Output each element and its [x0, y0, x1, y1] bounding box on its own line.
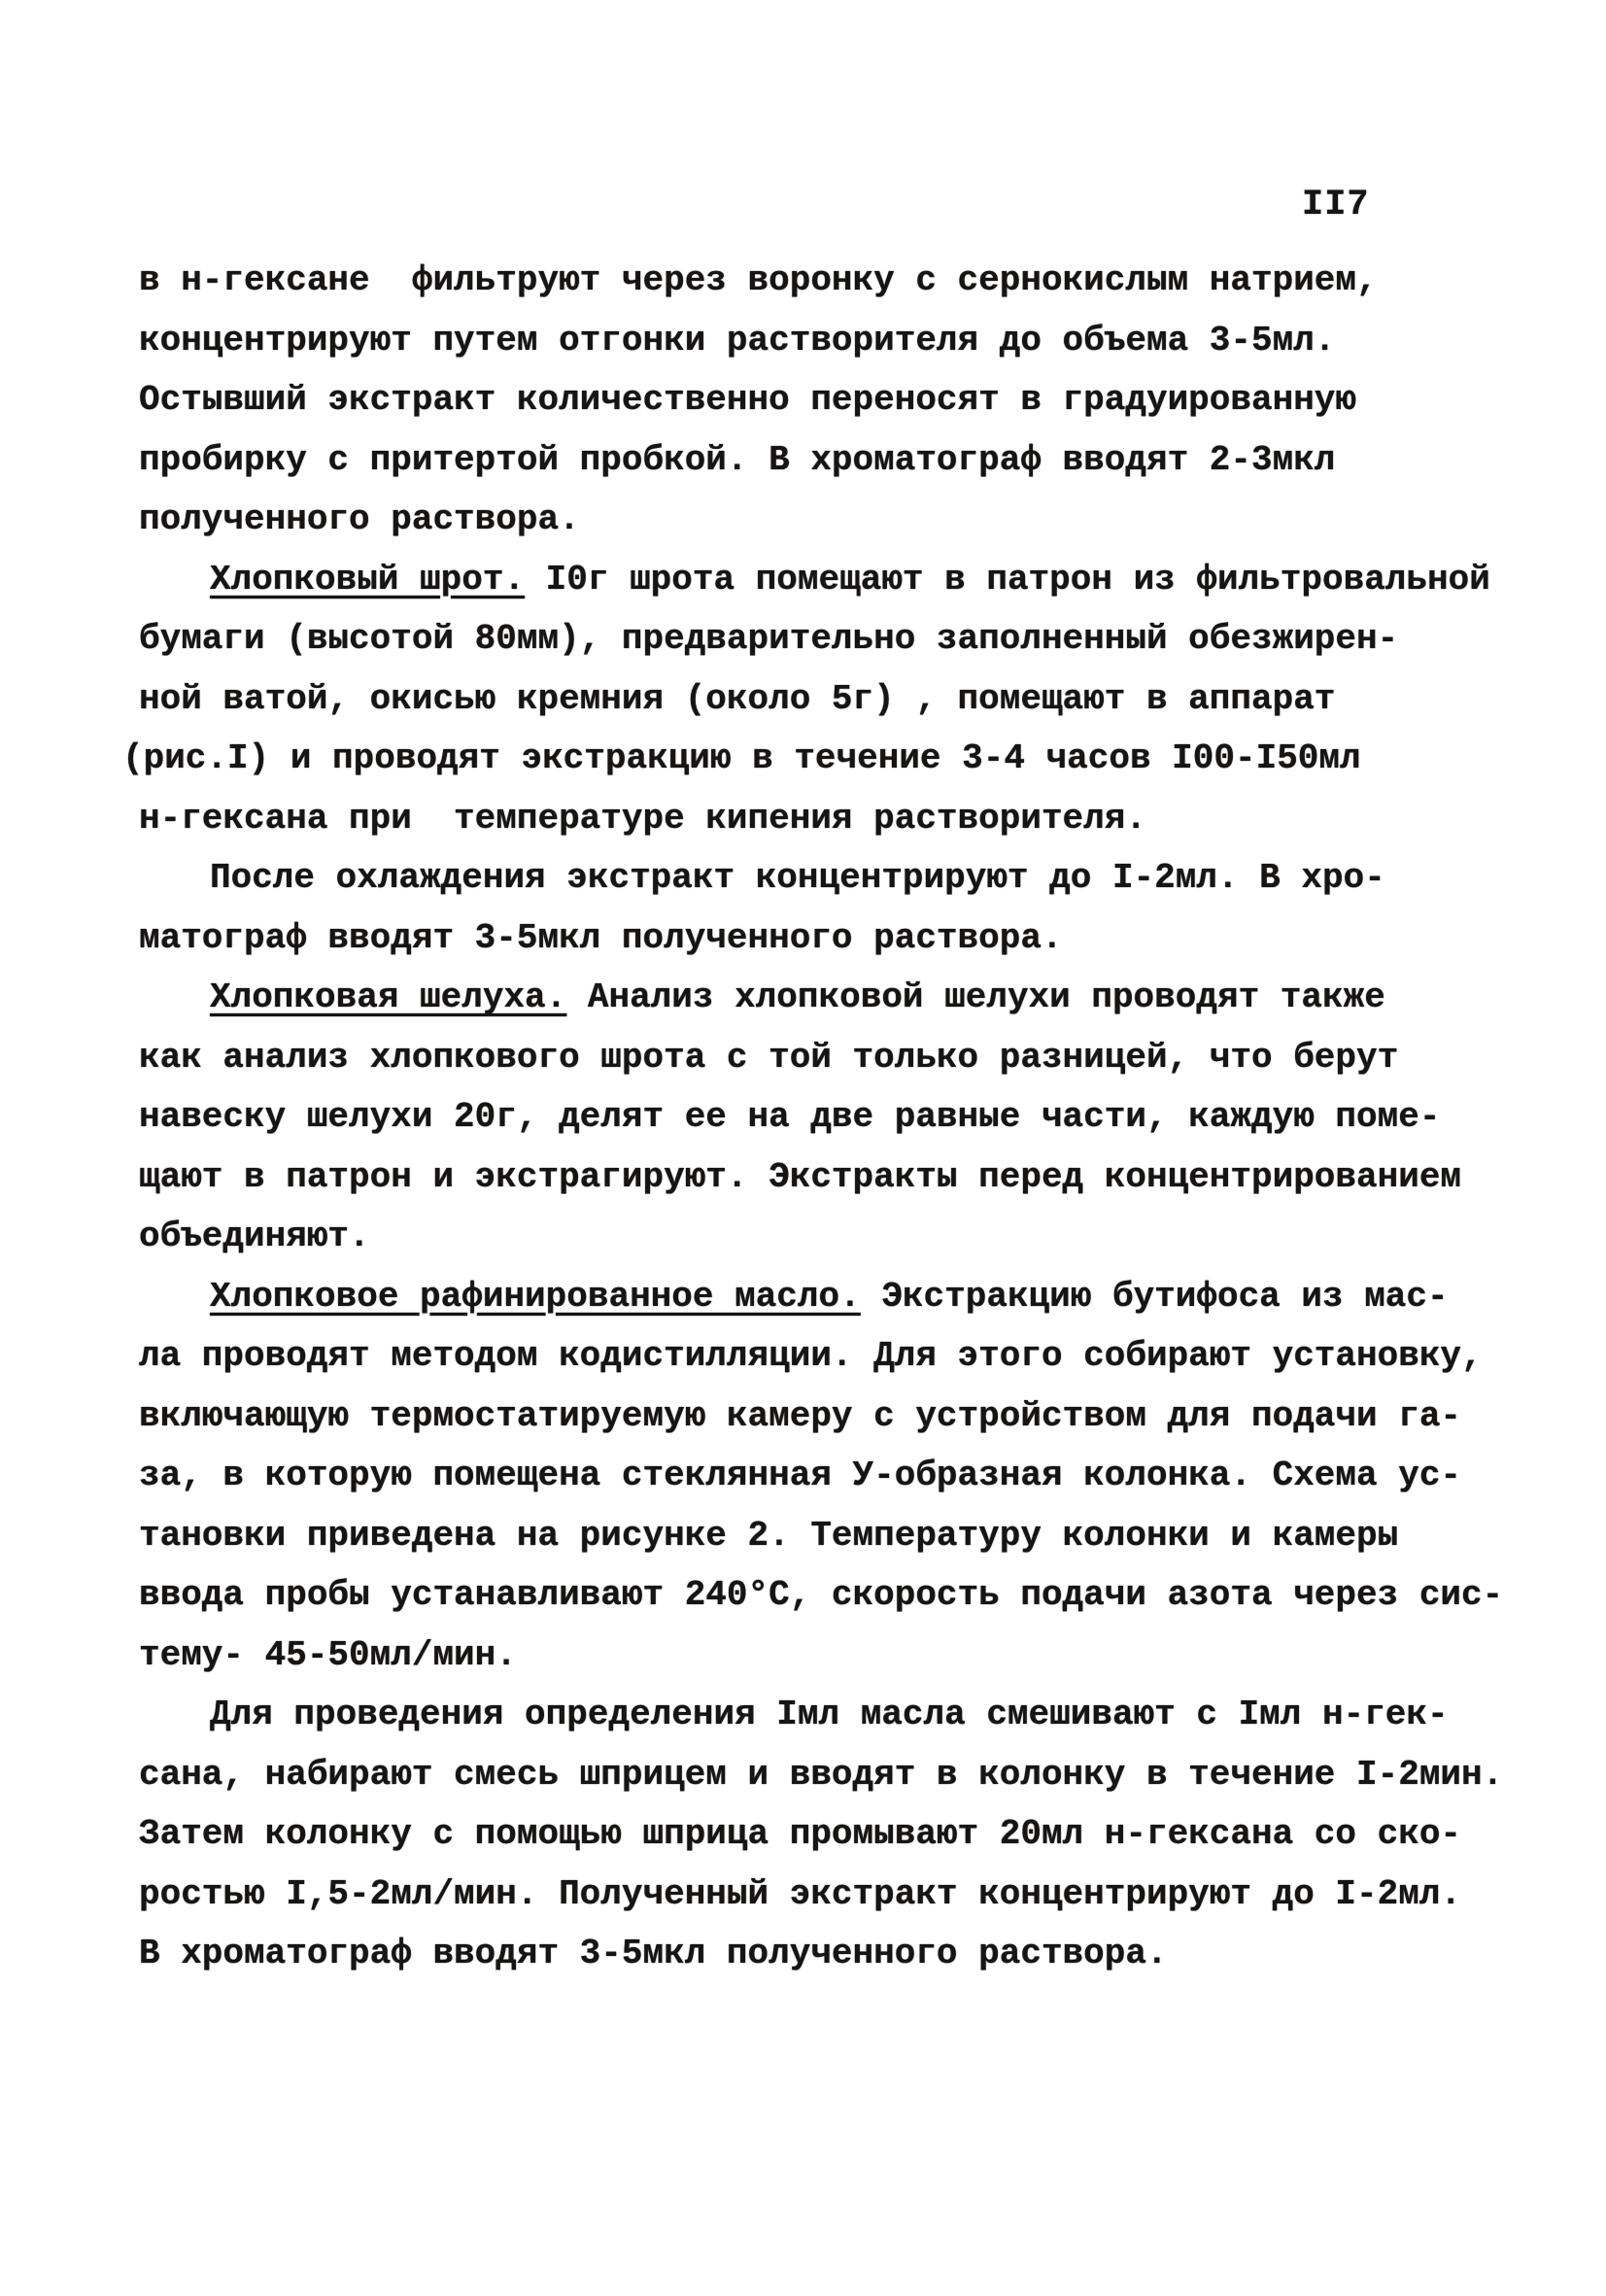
page-number: II7	[1302, 185, 1370, 225]
text-line: тему- 45-50мл/мин.	[139, 1626, 1557, 1686]
text-line: объединяют.	[139, 1207, 1557, 1267]
text-body: в н-гексане фильтруют через воронку с се…	[139, 251, 1557, 1984]
text-line: как анализ хлопкового шрота с той только…	[139, 1028, 1557, 1088]
text-line: тановки приведена на рисунке 2. Температ…	[139, 1506, 1557, 1566]
section-heading-refined-cotton-oil: Хлопковое рафинированное масло.	[210, 1277, 861, 1317]
text-line: Анализ хлопковой шелухи проводят также	[566, 977, 1385, 1017]
text-line: В хроматограф вводят 3-5мкл полученного …	[139, 1924, 1557, 1984]
paragraph-start-line: Хлопковый шрот. I0г шрота помещают в пат…	[139, 550, 1557, 610]
text-line: ной ватой, окисью кремния (около 5г) , п…	[139, 669, 1557, 730]
text-line: навеску шелухи 20г, делят ее на две равн…	[139, 1087, 1557, 1148]
text-line: ростью I,5-2мл/мин. Полученный экстракт …	[139, 1865, 1557, 1925]
text-line: ла проводят методом кодистилляции. Для э…	[139, 1326, 1557, 1387]
text-line: Остывший экстракт количественно перенося…	[139, 370, 1557, 430]
paragraph-start-line: Для проведения определения Iмл масла сме…	[139, 1685, 1557, 1745]
text-line: I0г шрота помещают в патрон из фильтрова…	[525, 560, 1490, 600]
text-line: ввода пробы устанавливают 240°С, скорост…	[139, 1565, 1557, 1626]
text-line: бумаги (высотой 80мм), предварительно за…	[139, 609, 1557, 669]
text-line: пробирку с притертой пробкой. В хроматог…	[139, 430, 1557, 491]
text-line: полученного раствора.	[139, 490, 1557, 550]
text-line: н-гексана при температуре кипения раство…	[139, 789, 1557, 849]
text-line: за, в которую помещена стеклянная У-обра…	[139, 1446, 1557, 1506]
section-heading-cotton-meal: Хлопковый шрот.	[210, 560, 525, 600]
text-line: щают в патрон и экстрагируют. Экстракты …	[139, 1148, 1557, 1208]
paragraph-start-line: Хлопковая шелуха. Анализ хлопковой шелух…	[139, 968, 1557, 1028]
paragraph-start-line: Хлопковое рафинированное масло. Экстракц…	[139, 1267, 1557, 1327]
text-line: в н-гексане фильтруют через воронку с се…	[139, 251, 1557, 311]
text-line: включающую термостатируемую камеру с уст…	[139, 1387, 1557, 1447]
paragraph-start-line: После охлаждения экстракт концентрируют …	[139, 848, 1557, 908]
scanned-document-page: II7 в н-гексане фильтруют через воронку …	[0, 0, 1606, 2296]
text-line: Экстракцию бутифоса из мас-	[861, 1277, 1449, 1317]
text-line: матограф вводят 3-5мкл полученного раств…	[139, 908, 1557, 969]
text-line: сана, набирают смесь шприцем и вводят в …	[139, 1745, 1557, 1805]
text-line: (рис.I) и проводят экстракцию в течение …	[122, 729, 1557, 789]
text-line: концентрируют путем отгонки растворителя…	[139, 311, 1557, 371]
section-heading-cotton-husk: Хлопковая шелуха.	[210, 977, 566, 1017]
text-line: Затем колонку с помощью шприца промывают…	[139, 1804, 1557, 1865]
